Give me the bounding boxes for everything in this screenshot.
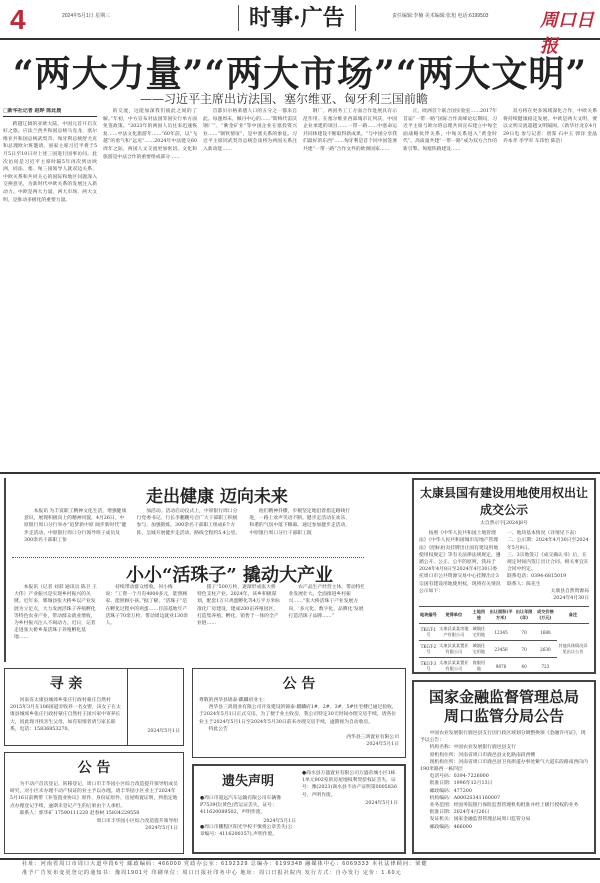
- notice-title: 公 告: [10, 757, 178, 777]
- notice-items: 一、地块基本情况（详情见下表） 二、公示期：2024年4月30日至2024年5月…: [507, 530, 589, 602]
- notice-salutation: 尊敬的西华县锦泰·麒麟府业主：: [199, 697, 399, 704]
- notice-date: 2024年4月30日: [507, 595, 589, 602]
- lead-subheadline: ——习近平主席出访法国、塞尔维亚、匈牙利三国前瞻: [140, 90, 428, 107]
- notice-date: 2024年5月1日: [200, 817, 296, 824]
- article-paragraph: 的交流，这能加深我们彼此之间的了解。”年初，中方宣布对法国等国实行单方面免签政策…: [103, 108, 197, 161]
- notice-column: 遗失声明 ●周口市超远汽车运输有限公司车辆豫P7539挂(黄色)营运证丢失，证号…: [200, 770, 296, 838]
- lead-article-body: □新华社记者 赵晔 陈此晨 跨越辽阔的亚欧大陆，中国元首开启友好之旅。应法兰西共…: [3, 108, 597, 471]
- table-cell: 70: [514, 641, 534, 658]
- table-cell: TKGT-2号: [419, 641, 438, 658]
- notice-body: 西华县三鸿置业有限公司开发建设的锦泰·麒麟府1#、2#、3#、5#住宅楼已通过验…: [199, 704, 399, 726]
- footer-line-2: 准予广告发布变更登记的通知书：豫周1901号 印刷单位：周口日报社印务中心 地址…: [22, 869, 600, 878]
- article-paragraph: 钢厂，两国务工工方面合作进展具有示范作用。在塞尔维亚西部城市瓦列沃，中国企业承建…: [303, 108, 397, 154]
- lost-declaration-notice: 遗失声明 ●周口市超远汽车运输有限公司车辆豫P7539挂(黄色)营运证丢失，证号…: [192, 764, 406, 854]
- column-header: 出让面积(平方米): [488, 607, 515, 624]
- footer: 社址：河南省周口市周口大道中段6号 邮政编码：466000 党政办公室：6192…: [0, 860, 600, 878]
- pearl-ad-body: 本报讯（记者 刘彩 通讯员 陈卫 王大伟）产业振兴是实现乡村振兴的关键。近年来，…: [14, 584, 364, 642]
- table-cell: 城镇住宅用地: [470, 641, 488, 658]
- notice-title-line1: 国家金融监督管理总局: [420, 688, 588, 707]
- notice-item: 二、公示期：2024年4月30日至2024年5月9日。: [507, 537, 589, 551]
- article-paragraph: 猪子”500万枚，逐渐形成张大桥特色支柱产业。2024年，该乡积极谋划，配套1万…: [197, 584, 281, 642]
- column-header: 地块编号: [419, 607, 438, 624]
- notice-issuer: 西华县三鸿置业有限公司: [199, 733, 399, 740]
- notice-title: 太康县国有建设用地使用权出让成交公示: [419, 484, 589, 518]
- table-header-row: 地块编号 竞得单位 土地用途 出让面积(平方米) 出让年限(年) 成交价格(万元…: [419, 607, 589, 624]
- article-paragraph: 跨越辽阔的亚欧大陆，中国元首开启友好之旅。应法兰西共和国总统马克龙、塞尔维亚共和…: [3, 121, 97, 205]
- notice-field: 批准日期：1996年12月13日: [420, 780, 588, 787]
- column-header: 备注: [557, 607, 589, 624]
- table-cell: 70: [514, 624, 534, 641]
- editor-credits: 责任编辑:李楠 美术编辑:张旭 电话:6199503: [392, 12, 488, 19]
- column-header: 出让年限(年): [514, 607, 534, 624]
- table-cell: 其他具体情况详见出让公告: [557, 624, 589, 674]
- article-paragraph: 他们精神抖擞，步履坚定地沿着指定路线行进，一路上欢声笑语不断。健步走活动在欢乐、…: [249, 508, 354, 544]
- notice-field: 电话号码：0394-7226000: [420, 773, 588, 780]
- notice-date: 2024年5月1日: [131, 727, 180, 734]
- notice-title-line2: 周口监管分局公告: [420, 707, 588, 726]
- table-cell: 城镇住宅用地: [470, 624, 488, 641]
- table-cell: 2630: [534, 641, 557, 658]
- table-cell: 40: [514, 658, 534, 674]
- notice-field: 原机构住所：河南省周口市鹿邑县文化路南段西侧: [420, 752, 588, 759]
- notice-date: 2024年5月1日: [10, 824, 178, 831]
- notice-intro: 中国农业发展银行鹿邑县支行因行政区域划分调整换领《金融许可证》，现予以公告：: [420, 730, 588, 744]
- column-header: 竞得单位: [438, 607, 470, 624]
- table-cell: 12345: [488, 624, 515, 641]
- public-notice-residential: 公 告 为不动产首次登记、转移登记，周口市丰华园小区综合改造提升领导组成员研究，…: [4, 752, 184, 854]
- article-paragraph: 加活动。活动启动仪式上，中原银行周口分行党委书记、行长李鹏鹏号召广大干部职工积极…: [137, 508, 242, 544]
- notice-item: 联系人：陈先生: [507, 581, 589, 588]
- notice-item: 三、3宗地签订《成交确认书》后，在规定时间内签订出让合同。相关事宜在合同中约定。: [507, 552, 589, 574]
- table-cell: 商服用地: [470, 658, 488, 674]
- notice-field: 发证机关：国家金融监督管理总局周口监管分局: [420, 816, 588, 823]
- notice-contact: 联系人：郭华矿 17590111220 赵春树 15834229558: [10, 810, 178, 817]
- table-row: TKGT-1号 太康县某某房地产有限公司 城镇住宅用地 12345 70 168…: [419, 624, 589, 641]
- notice-issuer: 太康县自然资源局: [507, 588, 589, 595]
- public-notice-property-delivery: 公 告 尊敬的西华县锦泰·麒麟府业主： 西华县三鸿置业有限公司开发建设的锦泰·麒…: [192, 668, 406, 758]
- notice-date: 2024年5月1日: [302, 799, 398, 806]
- notice-item: ●商水县万盛置业有限公司万盛帝城小区1栋1单元902室的房屋地权利契偿权证丢失，…: [302, 770, 398, 799]
- article-paragraph: 本报讯（记者 刘彩 通讯员 陈卫 王大伟）产业振兴是实现乡村振兴的关键。近年来，…: [14, 584, 98, 642]
- notice-intro: 按照《中华人民共和国土地管理法》《中华人民共和国城市房地产管理法》《招标拍卖挂牌…: [419, 530, 501, 602]
- notice-item: ●周口市超远汽车运输有限公司车辆豫P7539挂(黄色)营运证丢失，证号：4116…: [200, 795, 296, 817]
- notice-column: ●商水县万盛置业有限公司万盛帝城小区1栋1单元902室的房屋地权利契偿权证丢失，…: [302, 770, 398, 838]
- notice-body: 河南省太康县城郊乡张庄行政村蒙庄自然村2015年3月在106国道旁收养一名女婴，…: [10, 697, 122, 733]
- table-cell: 太康县某某房地产有限公司: [438, 624, 470, 641]
- health-ad-title: 走出健康 迈向未来: [146, 482, 288, 507]
- section-title: 时事·广告: [238, 5, 356, 31]
- article-paragraph: 首都贝尔格莱德人口的五分之一都来自此。每逢周末，佩丹中心的……“斯梅代雷沃钢厂”…: [203, 108, 297, 154]
- table-cell: 723: [534, 658, 557, 674]
- notice-date: 2024年5月1日: [199, 740, 399, 747]
- article-paragraph: 农产品生产经营主体，带动特色产业发展壮大。全面推进乡村振兴……“张大桥活珠子产业…: [289, 584, 365, 642]
- table-cell: 23456: [488, 641, 515, 658]
- article-column: 正，欧洲首个联合国实验室……2017年首届“一带一路”国际合作高峰论坛期间，习近…: [403, 108, 497, 471]
- notice-field: 邮政编码：466000: [420, 824, 588, 831]
- issue-date: 2024年5月1日 星期三: [62, 12, 110, 19]
- page-number: 4: [10, 4, 26, 36]
- masthead: 4 2024年5月1日 星期三 时事·广告 责任编辑:李楠 美术编辑:张旭 电话…: [0, 0, 600, 40]
- article-paragraph: 持续带动群众增收。何小梅说：“工资一个月有4000多元，能照顾家、能照顾小孩。”…: [106, 584, 190, 642]
- notice-field: 机构名称：中国农业发展银行鹿邑县支行: [420, 744, 588, 751]
- health-ad-body: 本报讯 为丰富职工精神文化生活，增强健康意识，展现积极向上的精神风貌，4月26日…: [24, 508, 354, 544]
- notice-field: 机构编码：A0002S341160007: [420, 795, 588, 802]
- land-table: 地块编号 竞得单位 土地用途 出让面积(平方米) 出让年限(年) 成交价格(万元…: [419, 606, 589, 674]
- column-header: 成交价格(万元): [534, 607, 557, 624]
- article-column: 钢厂，两国务工工方面合作进展具有示范作用。在塞尔维亚西部城市瓦列沃，中国企业承建…: [303, 108, 397, 471]
- table-cell: 9876: [488, 658, 515, 674]
- article-column: 的交流，这能加深我们彼此之间的了解。”年初，中方宣布对法国等国实行单方面免签政策…: [103, 108, 197, 471]
- search-family-notice: 寻 亲 河南省太康县城郊乡张庄行政村蒙庄自然村2015年3月在106国道旁收养一…: [4, 668, 128, 746]
- section-divider: [0, 472, 600, 474]
- table-cell: 1688: [534, 624, 557, 641]
- finance-regulator-notice: 国家金融监督管理总局 周口监管分局公告 中国农业发展银行鹿邑县支行因行政区域划分…: [412, 680, 596, 854]
- notice-field: 业务范围：经国务院银行保险监督管理机构批准并经上级行授权的业务: [420, 802, 588, 809]
- table-cell: 太康县某某置业有限公司: [438, 658, 470, 674]
- table-cell: TKGT-1号: [419, 624, 438, 641]
- notice-issuer: 周口市丰华园小区综合改造提升领导组: [10, 817, 178, 824]
- feature-ad-box: 走出健康 迈向未来 本报讯 为丰富职工精神文化生活，增强健康意识，展现积极向上的…: [4, 478, 364, 662]
- article-paragraph: 正，欧洲首个联合国实验室……2017年首届“一带一路”国际合作高峰论坛期间，习近…: [403, 108, 497, 154]
- notice-closing: 特此公告: [199, 726, 399, 733]
- land-transfer-notice: 太康县国有建设用地使用权出让成交公示 太自然示字[2024]8号 按照《中华人民…: [412, 478, 596, 674]
- search-family-notice-tail: 2024年5月1日: [128, 668, 184, 746]
- notice-body: 按照《中华人民共和国土地管理法》《中华人民共和国城市房地产管理法》《招标拍卖挂牌…: [419, 530, 589, 602]
- article-column: 首都贝尔格莱德人口的五分之一都来自此。每逢周末，佩丹中心的……“斯梅代雷沃钢厂”…: [203, 108, 297, 471]
- notice-reference: 太自然示字[2024]8号: [419, 520, 589, 527]
- footer-line-1: 社址：河南省周口市周口大道中段6号 邮政编码：466000 党政办公室：6192…: [22, 860, 600, 869]
- table-cell: 太康县某某置业有限公司: [438, 641, 470, 658]
- notice-item: ●周口市鹏程区阳光学校不慎将公章丢失(公章编号：4116200357),声明作废…: [200, 824, 296, 838]
- notice-body: 遗失声明 ●周口市超远汽车运输有限公司车辆豫P7539挂(黄色)营运证丢失，证号…: [200, 770, 398, 838]
- notice-field: 现机构住所：河南省周口市鹿邑县卫真街道办事处紫气大道东段路南西向内190米路西一…: [420, 759, 588, 773]
- notice-title: 寻 亲: [10, 673, 122, 693]
- notice-item: 联系电话：0394-6815019: [507, 573, 589, 580]
- article-paragraph: 本报讯 为丰富职工精神文化生活，增强健康意识，展现积极向上的精神风貌，4月26日…: [24, 508, 129, 544]
- notice-title: 公 告: [199, 673, 399, 693]
- dotted-divider: [12, 557, 364, 558]
- notice-item: 一、地块基本情况（详情见下表）: [507, 530, 589, 537]
- table-cell: TKGT-3号: [419, 658, 438, 674]
- notice-field: 邮政编码：477200: [420, 788, 588, 795]
- notice-body: 为不动产首次登记、转移登记，周口市丰华园小区综合改造提升领导组成员研究，对小区未…: [10, 781, 178, 810]
- byline: □新华社记者 赵晔 陈此晨: [3, 108, 97, 117]
- column-header: 土地用途: [470, 607, 488, 624]
- notice-title: 遗失声明: [200, 770, 296, 789]
- article-paragraph: 双方将在更多领域深化合作，中欧关系将持续健康稳定发展。中欧是两大文明，要以文明交…: [503, 108, 597, 146]
- notice-field: 批准日期：2024年4月26日: [420, 809, 588, 816]
- article-column: 双方将在更多领域深化合作，中欧关系将持续健康稳定发展。中欧是两大文明，要以文明交…: [503, 108, 597, 471]
- article-column: □新华社记者 赵晔 陈此晨 跨越辽阔的亚欧大陆，中国元首开启友好之旅。应法兰西共…: [3, 108, 97, 471]
